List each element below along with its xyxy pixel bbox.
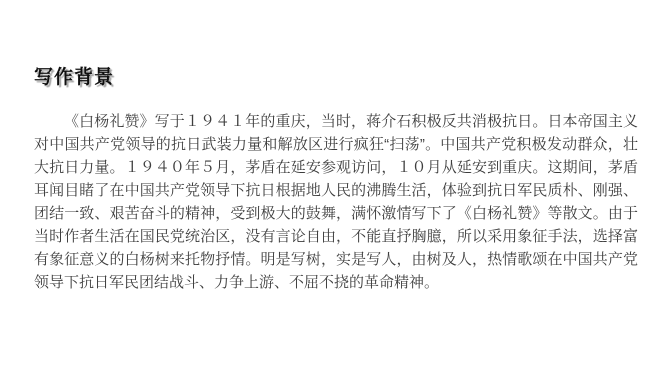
slide-title: 写作背景 (34, 62, 114, 89)
slide-canvas: 写作背景 《白杨礼赞》写于１９４１年的重庆，当时，蒋介石积极反共消极抗日。日本帝… (0, 0, 668, 376)
writing-background-paragraph: 《白杨礼赞》写于１９４１年的重庆，当时，蒋介石积极反共消极抗日。日本帝国主义对中… (34, 110, 638, 294)
